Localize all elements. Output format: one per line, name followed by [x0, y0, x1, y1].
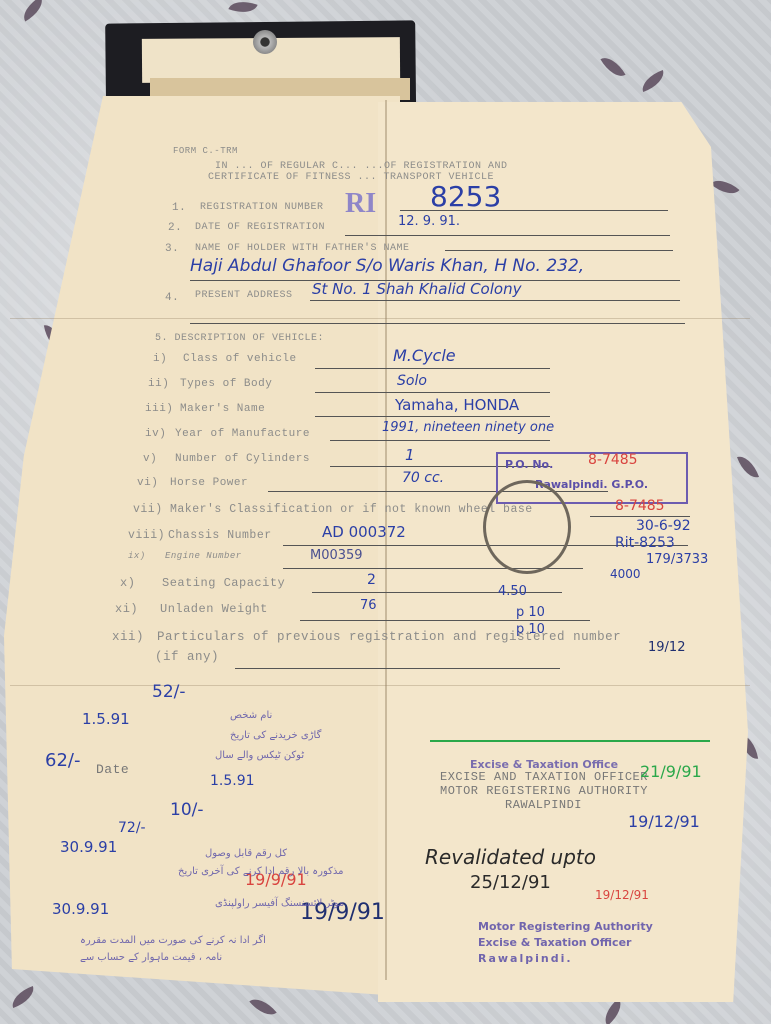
vehicle-description-heading: 5. DESCRIPTION OF VEHICLE:	[155, 333, 324, 344]
registration-number-value: 8253	[430, 180, 501, 213]
horizontal-fold	[10, 685, 750, 686]
class-of-vehicle-label: Class of vehicle	[183, 353, 297, 365]
wheelbase-value: 8-7485	[615, 498, 665, 514]
officer-line-2: MOTOR REGISTERING AUTHORITY	[440, 784, 648, 798]
address-value: St No. 1 Shah Khalid Colony	[312, 280, 521, 298]
registration-prefix-stamp: RI	[345, 188, 376, 220]
type-of-body-value: Solo	[397, 373, 427, 389]
underline	[310, 300, 680, 301]
date-1-5-91-b: 1.5.91	[210, 773, 255, 789]
amount-value: 4000	[610, 567, 641, 581]
receipt-no-value: 179/3733	[646, 552, 708, 567]
engine-number-value: M00359	[310, 548, 363, 563]
cylinders-label: Number of Cylinders	[175, 453, 310, 465]
chassis-number-value: AD 000372	[322, 523, 406, 541]
urdu-printed-line: موٹر لائسنسنگ آفیسر راولپنڈی	[215, 898, 344, 909]
row-num: i)	[153, 353, 167, 365]
authority-stamp-line-1: Motor Registering Authority	[478, 920, 653, 933]
revalidated-date: 25/12/91	[470, 872, 551, 893]
amount-72: 72/-	[118, 820, 146, 836]
row-num: vii)	[133, 503, 163, 516]
underline	[590, 516, 690, 517]
urdu-printed-line: مذکورہ بالا رقم ادا کرنے کی آخری تاریخ	[178, 866, 344, 877]
authority-stamp-line-2: Excise & Taxation Officer	[478, 936, 631, 949]
officer-initials-date: 19/12	[648, 640, 685, 655]
engine-number-label: Engine Number	[165, 551, 242, 561]
date-30-9-91-b: 30.9.91	[52, 900, 109, 918]
underline	[315, 392, 550, 393]
row-num: xii)	[112, 630, 144, 644]
field-num: 2.	[168, 222, 182, 234]
authority-stamp-line-3: Rawalpindi.	[478, 952, 573, 965]
po-no-value: 8-7485	[588, 452, 638, 468]
underline	[300, 620, 590, 621]
po-no-label: P.O. No.	[505, 458, 553, 471]
underline	[445, 250, 673, 251]
registration-date-value: 12. 9. 91.	[398, 214, 460, 229]
cylinders-value: 1	[405, 446, 415, 464]
type-of-body-label: Types of Body	[180, 378, 272, 390]
green-ink-line	[430, 740, 710, 742]
snap-button-icon	[253, 30, 277, 54]
unladen-weight-value: 76	[360, 598, 377, 613]
urdu-printed-line: نامہ ، قیمت ماہوار کے حساب سے	[80, 952, 222, 963]
row-num: viii)	[128, 529, 165, 542]
makers-name-label: Maker's Name	[180, 403, 265, 415]
row-num: xi)	[115, 602, 138, 616]
address-label: PRESENT ADDRESS	[195, 290, 293, 301]
row-num: ii)	[148, 378, 169, 390]
seating-capacity-value: 2	[367, 572, 376, 588]
reg-no-value: Rit-8253	[615, 535, 675, 551]
date-label: Date	[96, 762, 129, 777]
chassis-number-label: Chassis Number	[168, 529, 272, 542]
field-num: 4.	[165, 292, 179, 304]
year-of-manufacture-label: Year of Manufacture	[175, 428, 310, 440]
tax-line-2: p 10	[516, 605, 545, 620]
seating-capacity-label: Seating Capacity	[162, 576, 285, 590]
row-num: iv)	[145, 428, 166, 440]
red-revalidation-date: 19/12/91	[595, 888, 649, 902]
horse-power-value: 70 cc.	[402, 470, 444, 486]
tax-line-1: 4.50	[498, 584, 527, 599]
holder-name-label: NAME OF HOLDER WITH FATHER'S NAME	[195, 243, 410, 254]
row-num: ix)	[128, 551, 146, 561]
urdu-printed-line: نام شخص	[230, 710, 272, 721]
excise-office-stamp: Excise & Taxation Office	[470, 758, 618, 771]
field-num: 3.	[165, 243, 179, 255]
revalidated-text: Revalidated upto	[425, 845, 596, 869]
green-date: 21/9/91	[640, 762, 702, 781]
underline	[345, 235, 670, 236]
registration-date-label: DATE OF REGISTRATION	[195, 222, 325, 233]
underline	[315, 416, 550, 417]
horse-power-label: Horse Power	[170, 477, 248, 489]
holder-name-value: Haji Abdul Ghafoor S/o Waris Khan, H No.…	[190, 256, 584, 276]
valid-upto-value: 30-6-92	[636, 518, 691, 534]
urdu-printed-line: گاڑی خریدنے کی تاریخ	[230, 730, 321, 741]
amount-62: 62/-	[45, 750, 80, 771]
row-num: vi)	[137, 477, 158, 489]
field-num: 1.	[172, 202, 186, 214]
class-of-vehicle-value: M.Cycle	[393, 346, 456, 365]
postmark-circle-stamp	[483, 480, 571, 574]
underline	[400, 210, 668, 211]
year-of-manufacture-value: 1991, nineteen ninety one	[382, 420, 554, 435]
officer-line-1: EXCISE AND TAXATION OFFICER	[440, 770, 648, 784]
tax-line-3: p 10	[516, 622, 545, 637]
urdu-printed-line: کل رقم قابل وصول	[205, 848, 287, 859]
officer-line-3: RAWALPINDI	[505, 798, 582, 812]
row-num: v)	[143, 453, 157, 465]
date-1-5-91-a: 1.5.91	[82, 710, 130, 728]
previous-registration-label: Particulars of previous registration and…	[157, 630, 621, 644]
blue-date: 19/12/91	[628, 812, 700, 831]
registration-number-label: REGISTRATION NUMBER	[200, 202, 324, 213]
makers-classification-label: Maker's Classification or if not known w…	[170, 503, 533, 516]
underline	[330, 440, 550, 441]
urdu-printed-line: اگر ادا نہ کرنے کی صورت میں المدت مقررہ	[80, 935, 266, 946]
form-title-line1: IN ... OF REGULAR C... ...OF REGISTRATIO…	[215, 161, 508, 172]
row-num: x)	[120, 576, 135, 590]
makers-name-value: Yamaha, HONDA	[395, 396, 519, 414]
underline	[190, 323, 685, 324]
underline	[315, 368, 550, 369]
row-num: iii)	[145, 403, 173, 415]
amount-10: 10/-	[170, 800, 204, 820]
amount-52: 52/-	[152, 682, 186, 702]
underline	[235, 668, 560, 669]
urdu-printed-line: ٹوکن ٹیکس والے سال	[215, 750, 304, 761]
if-any-label: (if any)	[155, 650, 219, 664]
horizontal-fold	[10, 318, 750, 319]
date-30-9-91-a: 30.9.91	[60, 838, 117, 856]
form-code: FORM C.-TRM	[173, 146, 238, 156]
unladen-weight-label: Unladen Weight	[160, 602, 268, 616]
